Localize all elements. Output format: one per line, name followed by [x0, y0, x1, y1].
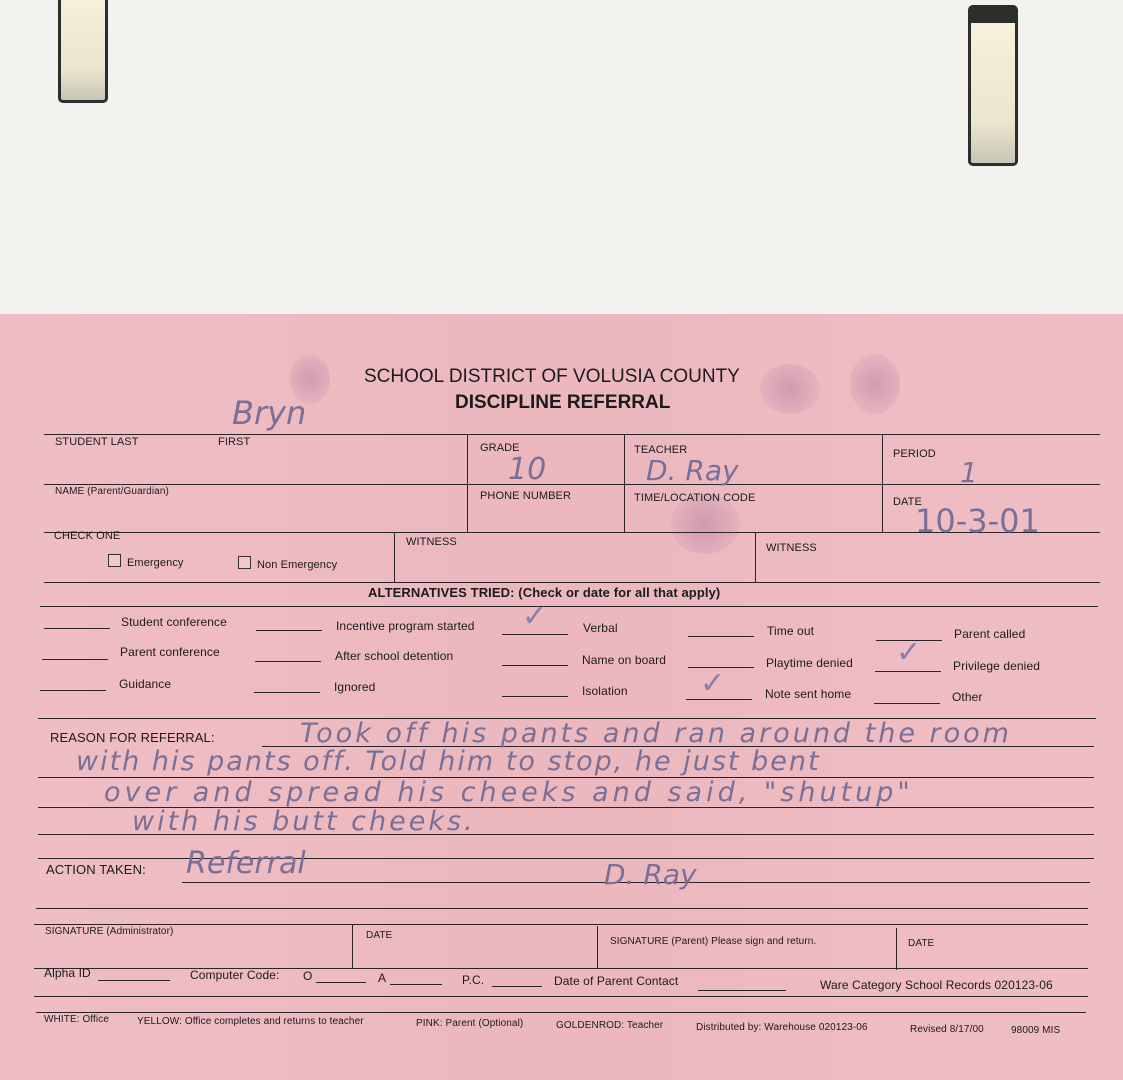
- alt-blank[interactable]: [42, 659, 108, 660]
- emergency-checkbox[interactable]: [108, 554, 121, 567]
- student-first-value[interactable]: Bryn: [232, 394, 306, 432]
- alt-ignored: Ignored: [334, 680, 375, 694]
- non-emergency-option[interactable]: Non Emergency: [238, 556, 337, 571]
- checkmark-verbal-icon: ✓: [522, 602, 547, 632]
- non-emergency-checkbox[interactable]: [238, 556, 251, 569]
- alt-verbal: Verbal: [583, 621, 618, 635]
- parent-name-label: NAME (Parent/Guardian): [55, 486, 169, 497]
- checkmark-privilege-denied-icon: ✓: [896, 638, 921, 668]
- student-last-label: STUDENT LAST: [55, 436, 139, 448]
- copy-goldenrod: GOLDENROD: Teacher: [556, 1020, 663, 1031]
- divider: [36, 908, 1088, 909]
- divider: [896, 928, 897, 970]
- alt-blank[interactable]: [502, 634, 568, 635]
- alt-privilege-denied: Privilege denied: [953, 659, 1040, 673]
- grade-value[interactable]: 10: [508, 452, 546, 487]
- divider: [36, 1012, 1086, 1013]
- divider: [34, 996, 1088, 997]
- divider: [882, 434, 883, 532]
- phone-label: PHONE NUMBER: [480, 490, 571, 502]
- divider: [40, 606, 1098, 607]
- divider: [597, 926, 598, 968]
- alternatives-heading: ALTERNATIVES TRIED: (Check or date for a…: [368, 585, 720, 600]
- alt-after-school-detention: After school detention: [335, 649, 453, 663]
- ink-smudge: [850, 354, 900, 414]
- emergency-label: Emergency: [127, 557, 184, 569]
- alt-blank[interactable]: [254, 692, 320, 693]
- form-number: 98009 MIS: [1011, 1025, 1060, 1036]
- divider: [394, 532, 395, 582]
- divider: [624, 434, 625, 532]
- discipline-referral-form: SCHOOL DISTRICT OF VOLUSIA COUNTY DISCIP…: [0, 314, 1123, 1080]
- alt-isolation: Isolation: [582, 684, 628, 698]
- period-value[interactable]: 1: [960, 456, 978, 489]
- teacher-signature[interactable]: D. Ray: [604, 858, 697, 891]
- alt-blank[interactable]: [40, 690, 106, 691]
- binder-clip-right: [968, 5, 1018, 166]
- divider: [755, 532, 756, 582]
- alt-note-sent-home: Note sent home: [765, 687, 851, 701]
- alt-blank[interactable]: [44, 628, 110, 629]
- parent-contact-field[interactable]: [698, 990, 786, 991]
- alt-playtime-denied: Playtime denied: [766, 656, 853, 670]
- ink-smudge: [760, 364, 820, 414]
- alt-blank[interactable]: [875, 671, 941, 672]
- revised-date: Revised 8/17/00: [910, 1024, 984, 1035]
- alt-incentive-program: Incentive program started: [336, 619, 475, 633]
- code-o-label: O: [303, 969, 312, 983]
- divider: [44, 434, 1100, 435]
- teacher-value[interactable]: D. Ray: [646, 454, 739, 487]
- period-label: PERIOD: [893, 448, 936, 460]
- time-location-label: TIME/LOCATION CODE: [634, 492, 755, 504]
- alt-student-conference: Student conference: [121, 615, 227, 629]
- copy-white: WHITE: Office: [44, 1014, 109, 1025]
- alt-blank[interactable]: [502, 665, 568, 666]
- divider: [34, 924, 1088, 925]
- code-pc-label: P.C.: [462, 973, 484, 987]
- admin-signature-label: SIGNATURE (Administrator): [45, 926, 173, 937]
- alt-blank[interactable]: [255, 661, 321, 662]
- form-title: DISCIPLINE REFERRAL: [455, 392, 670, 414]
- binder-clip-left: [58, 0, 108, 103]
- admin-date-label: DATE: [366, 930, 392, 941]
- alt-parent-conference: Parent conference: [120, 645, 220, 659]
- ware-category: Ware Category School Records 020123-06: [820, 978, 1053, 992]
- check-one-label: CHECK ONE: [54, 530, 120, 542]
- copy-yellow: YELLOW: Office completes and returns to …: [137, 1016, 364, 1027]
- parent-contact-label: Date of Parent Contact: [554, 974, 678, 988]
- divider: [467, 434, 468, 532]
- reason-label: REASON FOR REFERRAL:: [50, 730, 215, 745]
- reason-line-4[interactable]: with his butt cheeks.: [132, 806, 476, 837]
- parent-date-label: DATE: [908, 938, 934, 949]
- code-a-field[interactable]: [390, 984, 442, 985]
- alt-parent-called: Parent called: [954, 627, 1025, 641]
- checkmark-note-sent-home-icon: ✓: [700, 669, 725, 699]
- alt-time-out: Time out: [767, 624, 814, 638]
- alt-other: Other: [952, 690, 983, 704]
- code-o-field[interactable]: [316, 982, 366, 983]
- reason-line-2[interactable]: with his pants off. Told him to stop, he…: [76, 746, 821, 777]
- divider: [44, 582, 1100, 583]
- district-name: SCHOOL DISTRICT OF VOLUSIA COUNTY: [364, 366, 740, 388]
- computer-code-label: Computer Code:: [190, 968, 279, 982]
- alt-guidance: Guidance: [119, 677, 171, 691]
- code-a-label: A: [378, 971, 386, 985]
- date-value[interactable]: 10-3-01: [915, 502, 1040, 540]
- alpha-id-field[interactable]: [98, 980, 170, 981]
- student-first-label: FIRST: [218, 436, 250, 448]
- witness1-label: WITNESS: [406, 536, 457, 548]
- alt-blank[interactable]: [502, 696, 568, 697]
- code-pc-field[interactable]: [492, 986, 542, 987]
- parent-signature-label: SIGNATURE (Parent) Please sign and retur…: [610, 936, 816, 947]
- reason-line-1[interactable]: Took off his pants and ran around the ro…: [300, 718, 1012, 749]
- reason-line-3[interactable]: over and spread his cheeks and said, "sh…: [104, 777, 914, 808]
- action-taken-value[interactable]: Referral: [186, 846, 306, 881]
- distributed-by: Distributed by: Warehouse 020123-06: [696, 1022, 868, 1033]
- emergency-option[interactable]: Emergency: [108, 554, 184, 569]
- witness2-label: WITNESS: [766, 542, 817, 554]
- divider: [352, 924, 353, 968]
- alpha-id-label: Alpha ID: [44, 966, 91, 980]
- divider: [44, 484, 1100, 485]
- alt-blank[interactable]: [256, 630, 322, 631]
- copy-pink: PINK: Parent (Optional): [416, 1018, 523, 1029]
- alt-blank[interactable]: [874, 703, 940, 704]
- alt-name-on-board: Name on board: [582, 653, 666, 667]
- action-taken-label: ACTION TAKEN:: [46, 862, 146, 877]
- non-emergency-label: Non Emergency: [257, 559, 337, 571]
- alt-blank[interactable]: [688, 636, 754, 637]
